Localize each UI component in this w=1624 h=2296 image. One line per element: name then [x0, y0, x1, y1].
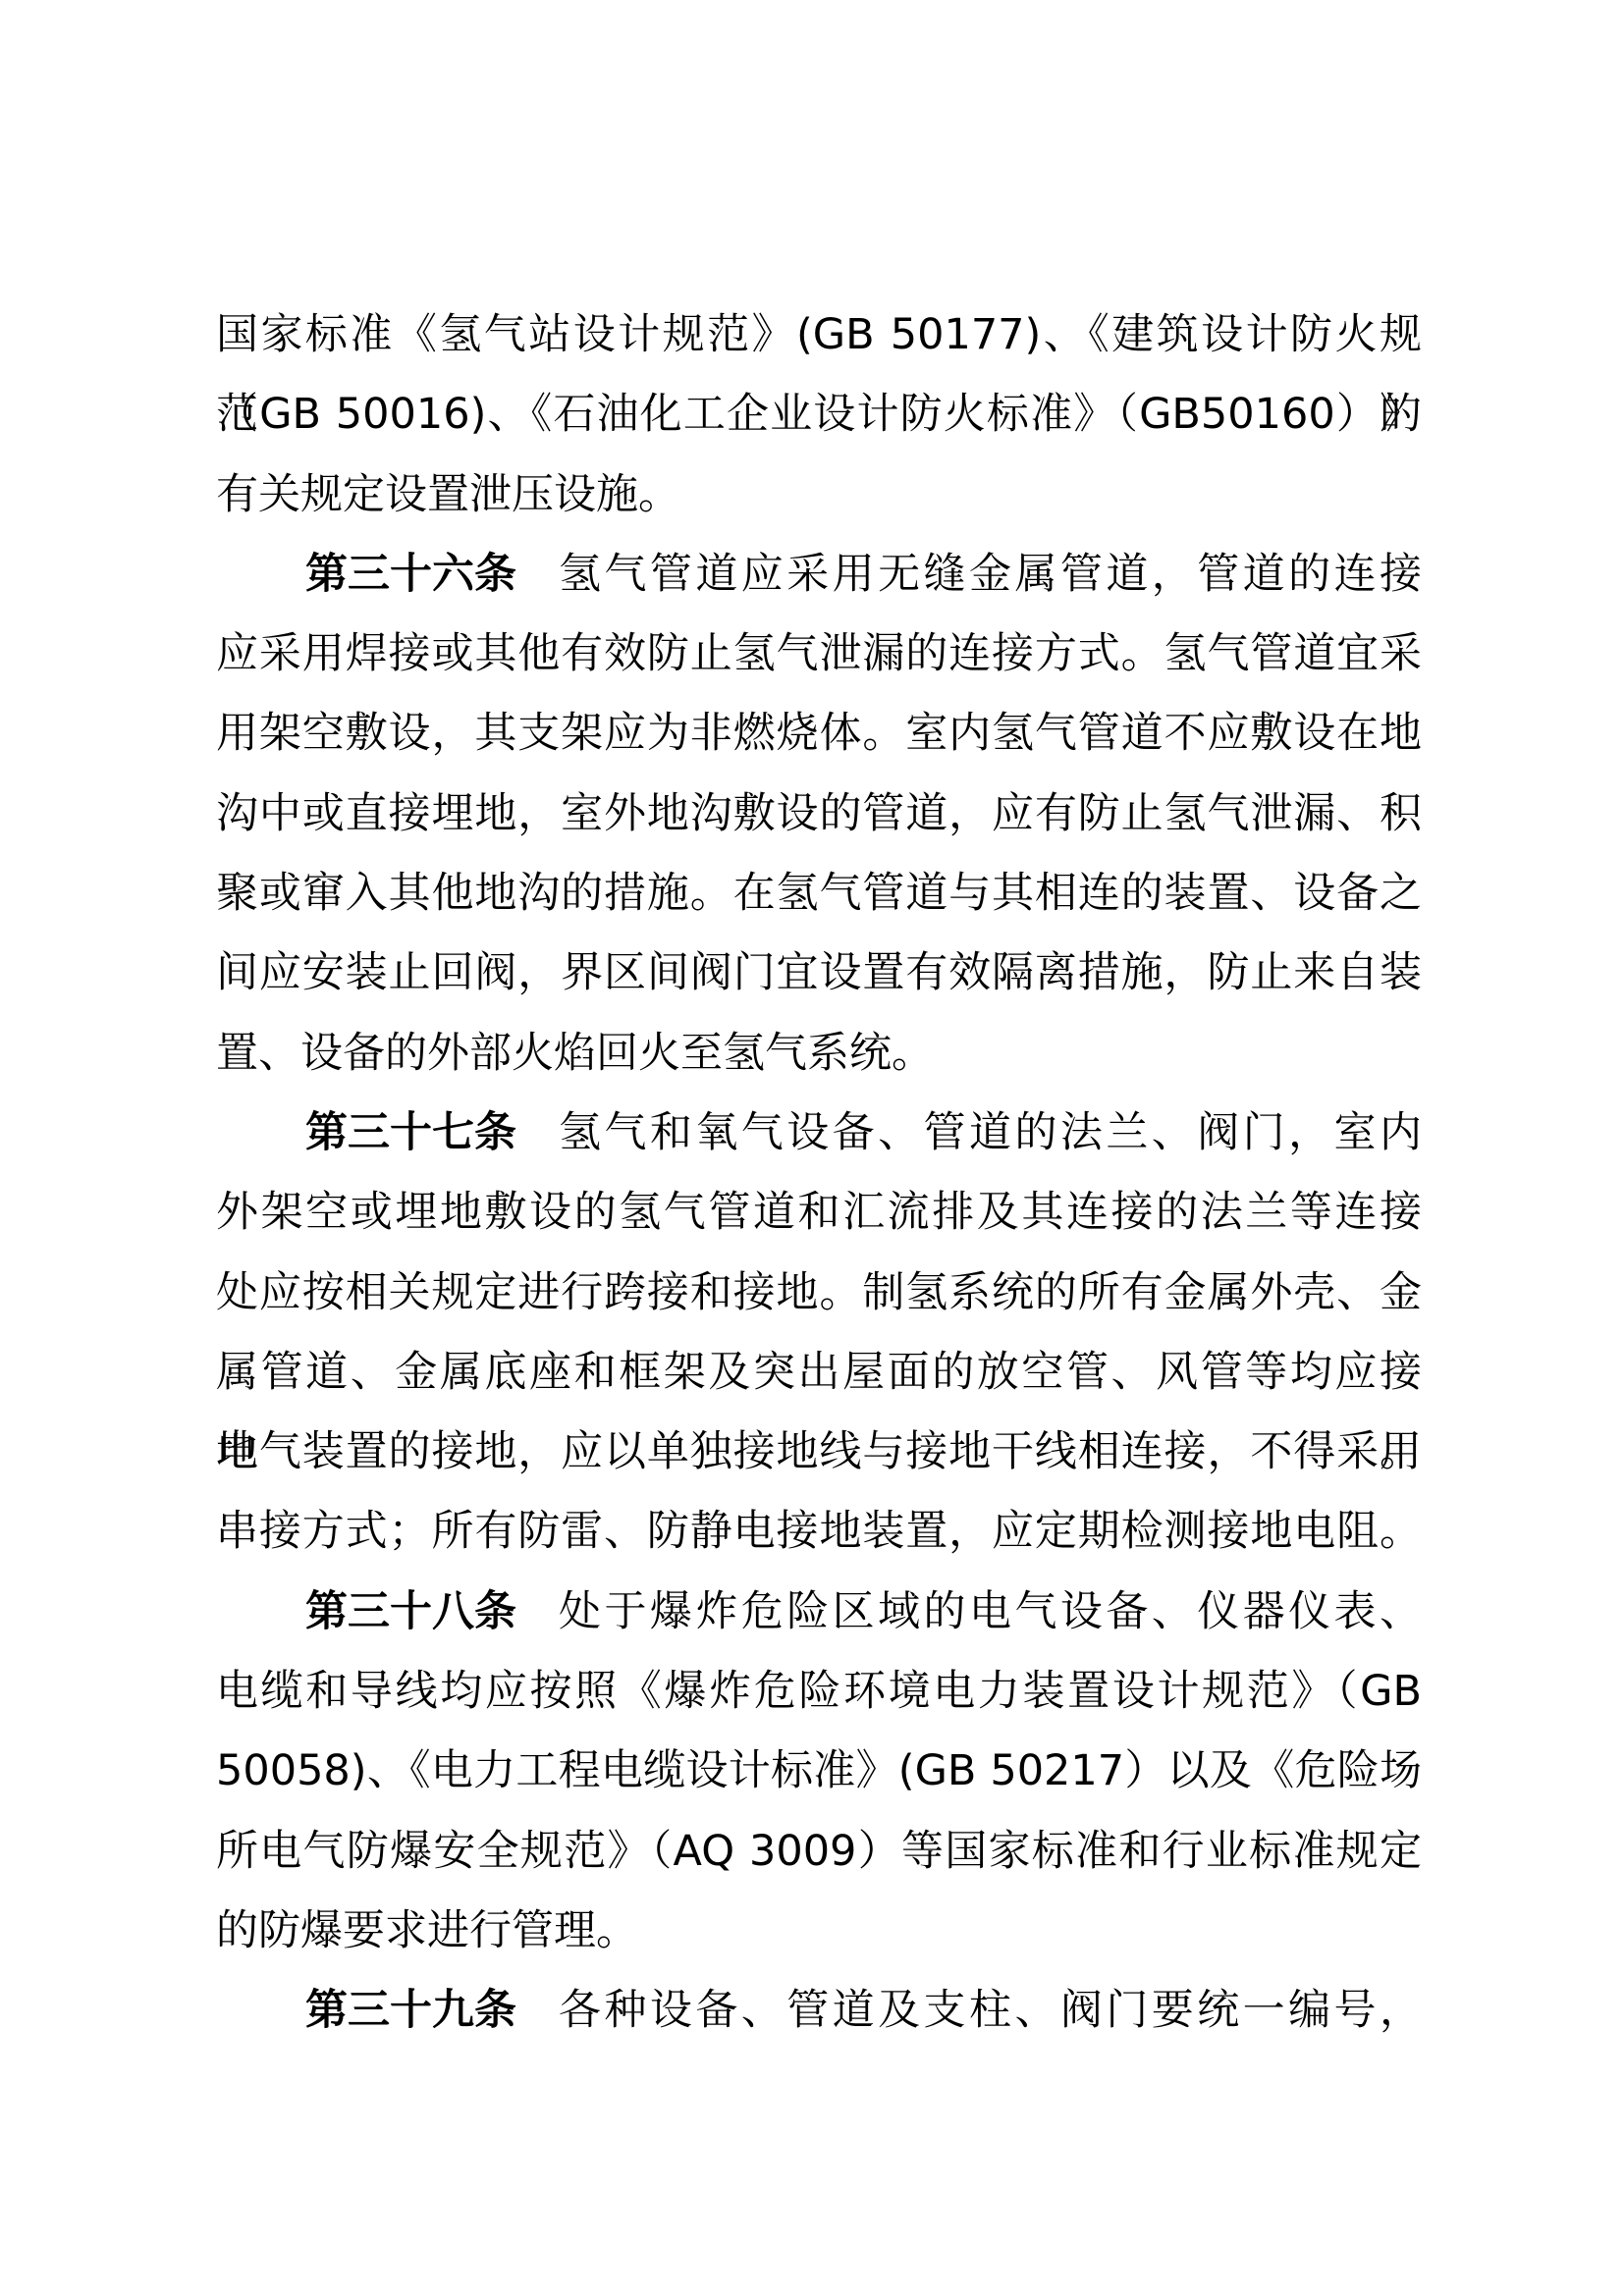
text-line: 有关规定设置泄压设施。	[216, 455, 1422, 535]
article-38-heading-line: 第三十八条 处于爆炸危险区域的电气设备、仪器仪表、	[216, 1573, 1422, 1652]
text-line: 国家标准《氢气站设计规范》(GB 50177)、《建筑设计防火规范》	[216, 295, 1422, 375]
text-line: 电缆和导线均应按照《爆炸危险环境电力装置设计规范》（GB	[216, 1652, 1422, 1732]
text-line: 串接方式；所有防雷、防静电接地装置，应定期检测接地电阻。	[216, 1492, 1422, 1572]
text-line: 外架空或埋地敷设的氢气管道和汇流排及其连接的法兰等连接	[216, 1173, 1422, 1253]
text-line: 电气装置的接地，应以单独接地线与接地干线相连接，不得采用	[216, 1413, 1422, 1492]
article-number: 第三十八条	[305, 1573, 516, 1652]
article-text: 氢气管道应采用无缝金属管道，管道的连接	[559, 535, 1422, 614]
article-number: 第三十七条	[305, 1094, 516, 1173]
text-line: 50058)、《电力工程电缆设计标准》(GB 50217）以及《危险场	[216, 1732, 1422, 1811]
article-number: 第三十六条	[305, 535, 516, 614]
text-line: 间应安装止回阀，界区间阀门宜设置有效隔离措施，防止来自装	[216, 934, 1422, 1013]
text-line: （GB 50016)、《石油化工企业设计防火标准》（GB50160）的	[216, 375, 1422, 454]
text-line: 处应按相关规定进行跨接和接地。制氢系统的所有金属外壳、金	[216, 1254, 1422, 1333]
text-line: 的防爆要求进行管理。	[216, 1892, 1422, 1971]
document-body: 国家标准《氢气站设计规范》(GB 50177)、《建筑设计防火规范》 （GB 5…	[216, 295, 1422, 2052]
article-39-heading-line: 第三十九条 各种设备、管道及支柱、阀门要统一编号，	[216, 1971, 1422, 2051]
article-number: 第三十九条	[305, 1971, 516, 2051]
article-36-heading-line: 第三十六条 氢气管道应采用无缝金属管道，管道的连接	[216, 535, 1422, 614]
text-line: 用架空敷设，其支架应为非燃烧体。室内氢气管道不应敷设在地	[216, 694, 1422, 774]
article-text: 氢气和氧气设备、管道的法兰、阀门，室内	[559, 1094, 1422, 1173]
article-text: 各种设备、管道及支柱、阀门要统一编号，	[559, 1971, 1422, 2051]
document-page: 国家标准《氢气站设计规范》(GB 50177)、《建筑设计防火规范》 （GB 5…	[0, 0, 1624, 2296]
article-37-heading-line: 第三十七条 氢气和氧气设备、管道的法兰、阀门，室内	[216, 1094, 1422, 1173]
text-line: 所电气防爆安全规范》（AQ 3009）等国家标准和行业标准规定	[216, 1812, 1422, 1892]
text-line: 应采用焊接或其他有效防止氢气泄漏的连接方式。氢气管道宜采	[216, 614, 1422, 694]
text-line: 沟中或直接埋地，室外地沟敷设的管道，应有防止氢气泄漏、积	[216, 774, 1422, 854]
text-line: 聚或窜入其他地沟的措施。在氢气管道与其相连的装置、设备之	[216, 854, 1422, 934]
text-line: 置、设备的外部火焰回火至氢气系统。	[216, 1014, 1422, 1094]
text-line: 属管道、金属底座和框架及突出屋面的放空管、风管等均应接地。	[216, 1333, 1422, 1413]
article-text: 处于爆炸危险区域的电气设备、仪器仪表、	[559, 1573, 1422, 1652]
